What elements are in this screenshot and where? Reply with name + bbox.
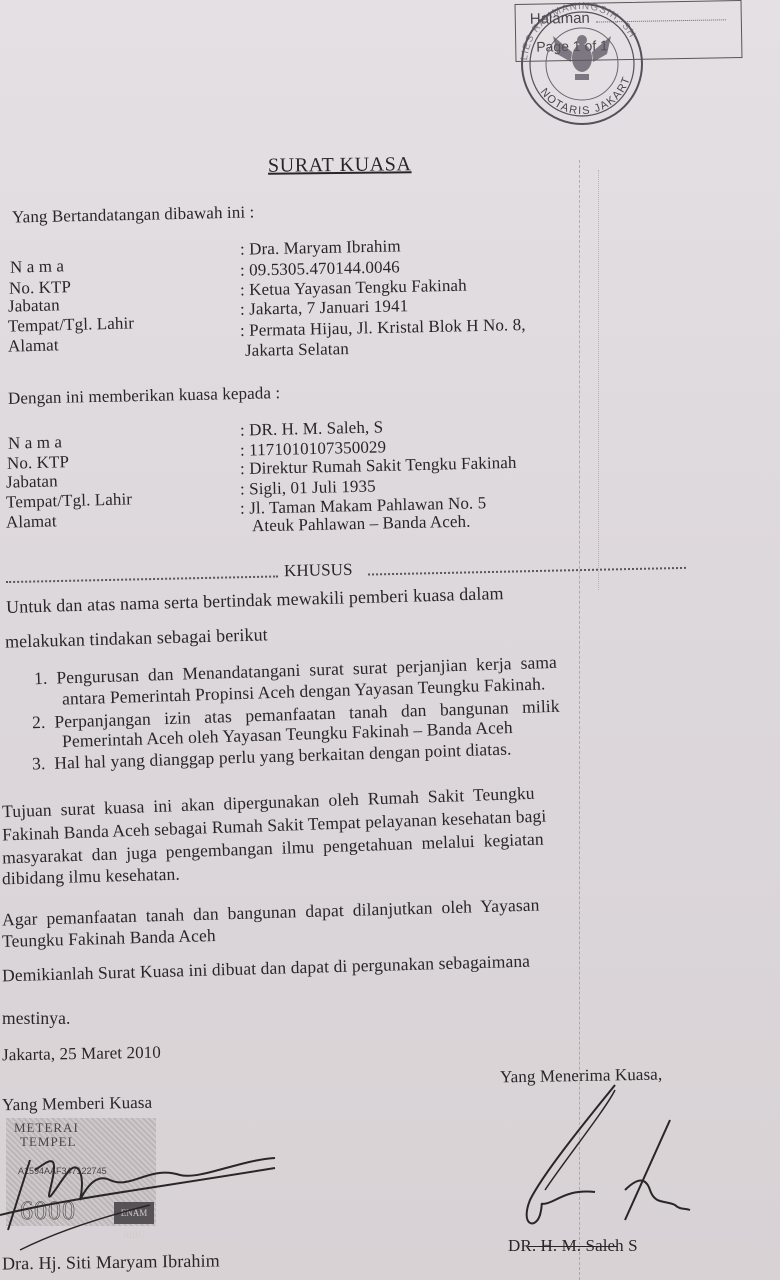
grantor-value-ttl: : Jakarta, 7 Januari 1941 [240, 296, 409, 320]
purpose-line-4: dibidang ilmu kesehatan. [2, 864, 180, 890]
giver-name: Dra. Hj. Siti Maryam Ibrahim [2, 1250, 220, 1274]
grantee-address-line2: Ateuk Pahlawan – Banda Aceh. [252, 512, 471, 537]
list-number: 2. [32, 712, 46, 732]
list-number: 3. [32, 753, 46, 773]
grantor-value-nama: : Dra. Maryam Ibrahim [240, 236, 401, 259]
receiver-name-strike [528, 1246, 618, 1247]
dotted-line-right [368, 567, 686, 576]
grantee-label-jabatan: Jabatan [6, 471, 58, 492]
khusus-divider: KHUSUS [6, 553, 686, 591]
grantee-label-nama: N a m a [8, 432, 63, 453]
place-date: Jakarta, 25 Maret 2010 [2, 1043, 161, 1066]
grantee-label-ktp: No. KTP [7, 452, 70, 474]
grantor-address-line2: Jakarta Selatan [245, 339, 349, 361]
grantor-label-nama: N a m a [10, 256, 65, 277]
agar-line-1: Agar pemanfaatan tanah dan bangunan dapa… [2, 894, 540, 930]
list-number: 1. [34, 668, 48, 688]
grantor-label-ttl: Tempat/Tgl. Lahir [8, 313, 135, 336]
grantee-label-alamat: Alamat [6, 511, 57, 532]
notary-seal-icon: NOTARIS JAKARTA LIES RAHMANINGSIH, SH [505, 2, 655, 128]
document-title: SURAT KUASA [268, 153, 412, 178]
receiver-signature-icon [505, 1080, 705, 1240]
purpose-intro-line2: melakukan tindakan sebagai berikut [5, 624, 268, 652]
dotted-line-left [6, 575, 278, 583]
closing-line-1: Demikianlah Surat Kuasa ini dibuat dan d… [2, 951, 531, 987]
intro-text: Yang Bertandatangan dibawah ini : [12, 202, 255, 227]
giver-label: Yang Memberi Kuasa [2, 1093, 153, 1116]
giver-signature-icon [0, 1120, 290, 1260]
document-page: Halaman Page 1 of 1 NOTARIS JAKARTA LIES… [0, 0, 780, 1280]
grantee-label-ttl: Tempat/Tgl. Lahir [6, 489, 133, 512]
closing-line-2: mestinya. [2, 1008, 70, 1029]
grantor-value-alamat: : Permata Hijau, Jl. Kristal Blok H No. … [240, 315, 526, 341]
grantor-label-jabatan: Jabatan [8, 295, 60, 316]
grantor-label-alamat: Alamat [8, 335, 59, 356]
khusus-label: KHUSUS [284, 560, 353, 581]
garuda-emblem-icon [553, 35, 611, 80]
fold-line-secondary [598, 170, 599, 590]
grant-intro-text: Dengan ini memberikan kuasa kepada : [8, 383, 281, 409]
